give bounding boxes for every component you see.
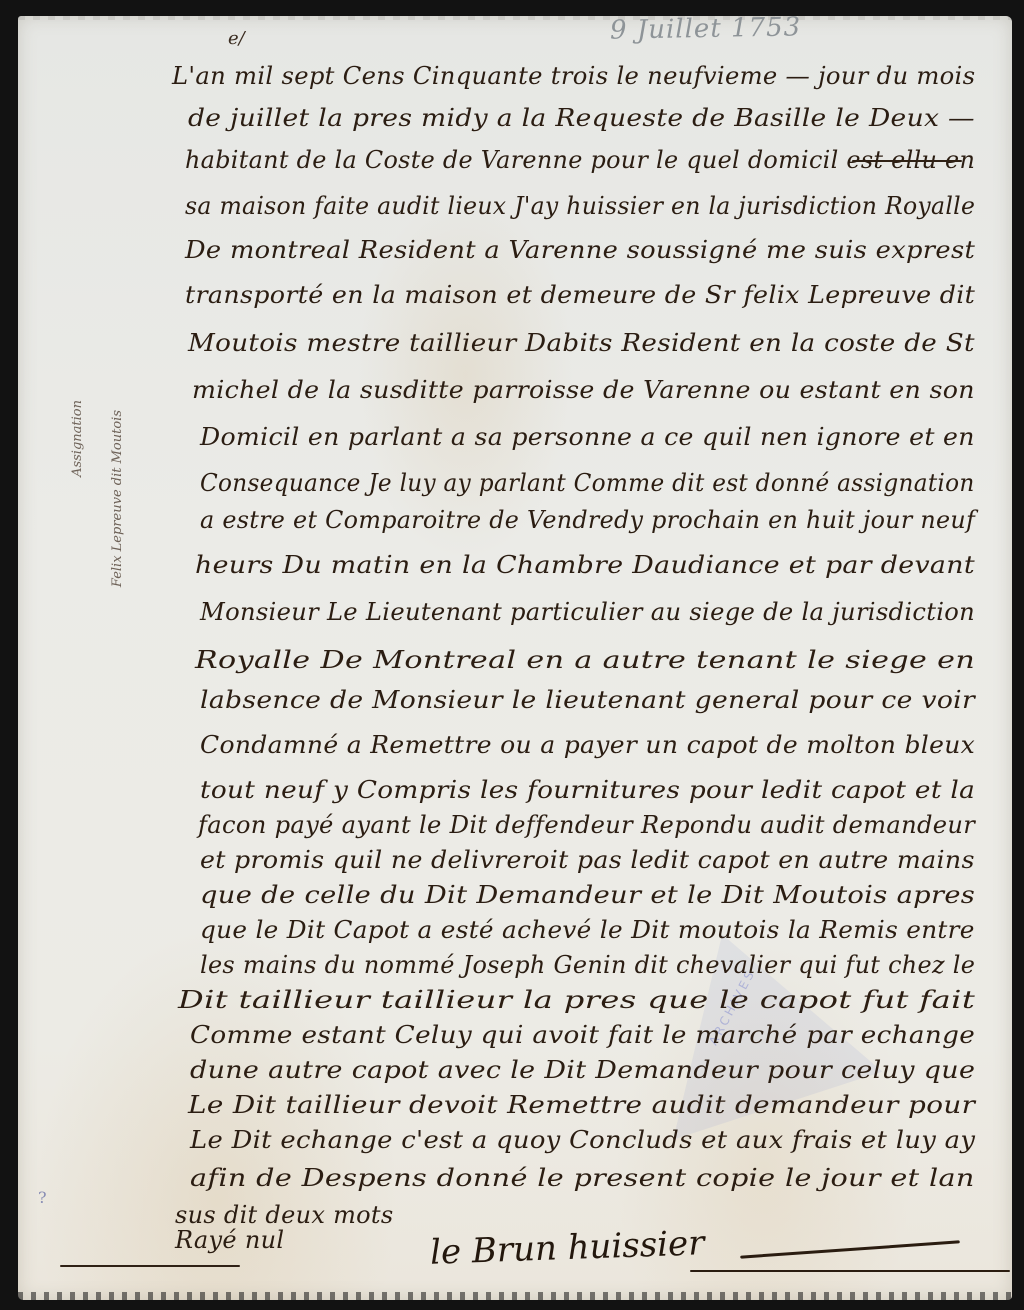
manuscript-line: afin de Despens donné le present copie l… [190,1164,975,1192]
manuscript-line: transporté en la maison et demeure de Sr… [185,281,975,309]
manuscript-line: De montreal Resident a Varenne soussigné… [185,236,975,264]
manuscript-line: Monsieur Le Lieutenant particulier au si… [200,598,975,626]
manuscript-line: que le Dit Capot a esté achevé le Dit mo… [200,916,975,944]
closing-rule [60,1265,240,1267]
manuscript-line: Comme estant Celuy qui avoit fait le mar… [190,1021,975,1049]
manuscript-line: dune autre capot avec le Dit Demandeur p… [190,1056,975,1084]
manuscript-line: Le Dit echange c'est a quoy Concluds et … [190,1126,975,1154]
manuscript-line: heurs Du matin en la Chambre Daudiance e… [195,551,975,579]
manuscript-line: Moutois mestre taillieur Dabits Resident… [188,329,975,357]
manuscript-line: Dit taillieur taillieur la pres que le c… [178,986,975,1014]
manuscript-line: sus dit deux mots [175,1201,394,1229]
manuscript-line: L'an mil sept Cens Cinquante trois le ne… [172,62,975,90]
signature-underline [690,1270,1010,1272]
manuscript-line: de juillet la pres midy a la Requeste de… [188,104,975,132]
manuscript-line: michel de la susditte parroisse de Varen… [192,376,975,404]
manuscript-line: Le Dit taillieur devoit Remettre audit d… [188,1091,975,1119]
manuscript-line: tout neuf y Compris les fournitures pour… [200,776,975,804]
manuscript-line: que de celle du Dit Demandeur et le Dit … [200,881,975,909]
manuscript-line: et promis quil ne delivreroit pas ledit … [200,846,975,874]
manuscript-line: labsence de Monsieur le lieutenant gener… [200,686,975,714]
manuscript-line: les mains du nommé Joseph Genin dit chev… [200,951,975,979]
line-filler-rule [852,160,962,162]
manuscript-line: a estre et Comparoitre de Vendredy proch… [200,506,975,534]
manuscript-line: Royalle De Montreal en a autre tenant le… [195,646,975,674]
manuscript-text: L'an mil sept Cens Cinquante trois le ne… [0,0,1024,1310]
manuscript-line: Condamné a Remettre ou a payer un capot … [200,731,975,759]
manuscript-line: facon payé ayant le Dit deffendeur Repon… [198,811,975,839]
manuscript-line: sa maison faite audit lieux J'ay huissie… [185,192,975,220]
manuscript-line: Rayé nul [175,1226,284,1254]
manuscript-line: Domicil en parlant a sa personne a ce qu… [200,423,975,451]
manuscript-line: Consequance Je luy ay parlant Comme dit … [200,469,975,497]
